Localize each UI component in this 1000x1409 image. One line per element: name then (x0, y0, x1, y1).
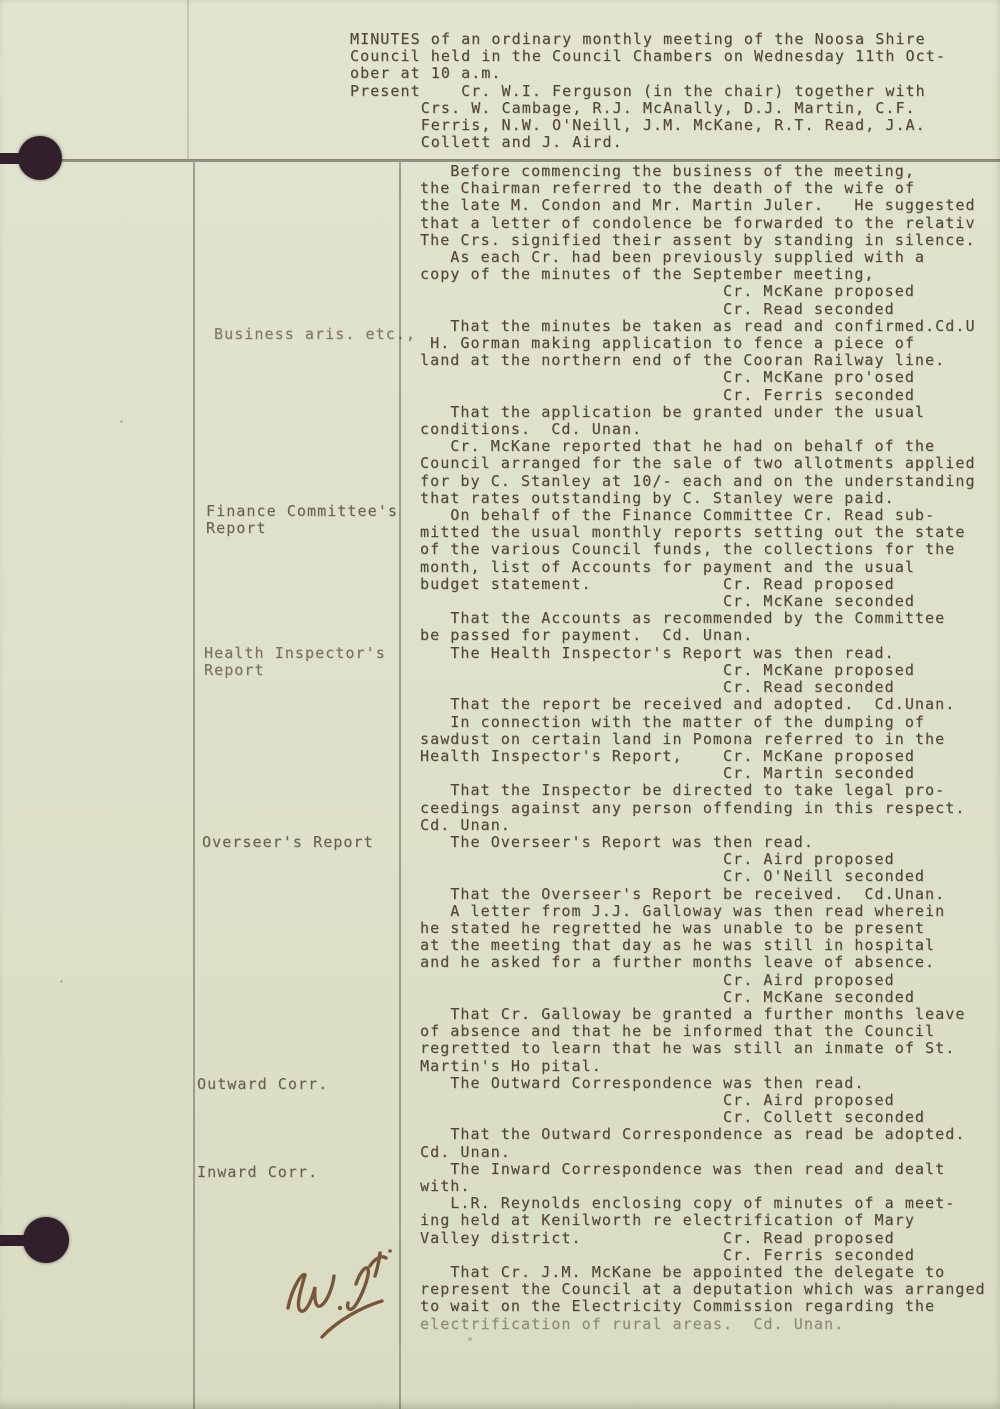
meeting-header-text: MINUTES of an ordinary monthly meeting o… (350, 31, 946, 151)
paper-speck (60, 980, 63, 983)
paper-fold-line (187, 0, 189, 160)
paper-speck (120, 420, 123, 423)
scanned-minutes-page: MINUTES of an ordinary monthly meeting o… (0, 0, 1000, 1409)
margin-label-health-inspector-report: Health Inspector's Report (204, 645, 386, 679)
minutes-body-faded-line: electrification of rural areas. Cd. Unan… (420, 1316, 844, 1333)
punch-hole-top (18, 136, 62, 180)
margin-label-business-arising: Business aris. etc., (214, 326, 416, 343)
paper-speck (468, 1337, 472, 1341)
left-margin-rule (193, 161, 195, 1409)
punch-hole-bottom (23, 1217, 69, 1263)
margin-label-finance-committee-report: Finance Committee's Report (206, 503, 398, 537)
minutes-body-text: Before commencing the business of the me… (420, 163, 986, 1316)
handwritten-initials-signature (278, 1242, 398, 1357)
paper-speck (760, 60, 763, 63)
margin-label-outward-corr: Outward Corr. (197, 1076, 328, 1093)
body-margin-rule (399, 161, 401, 1409)
margin-label-overseer-report: Overseer's Report (202, 834, 374, 851)
margin-label-inward-corr: Inward Corr. (197, 1164, 318, 1181)
